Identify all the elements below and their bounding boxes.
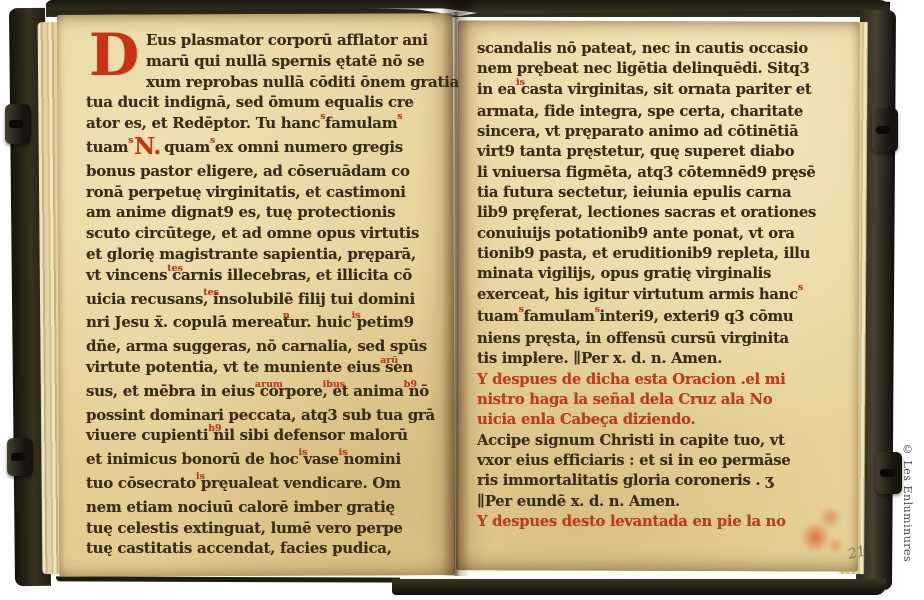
ink-text: marū qui nullā spernis ętatē nō se bbox=[146, 52, 425, 70]
binding-bottom-edge-right bbox=[392, 579, 886, 595]
manuscript-line: et glorię magistrante sapientia, pręparā… bbox=[86, 244, 452, 265]
ink-text: in ea bbox=[477, 81, 516, 98]
manuscript-line: tuams N.quams ex omni numero gregis bbox=[86, 137, 452, 161]
manuscript-line: tuams famulams interi9, exteri9 q3 cōmu bbox=[477, 307, 857, 329]
manuscript-line: virtute potentia, vt te muniente eiusarū… bbox=[86, 357, 452, 381]
paragraph-mark: ∥ bbox=[573, 350, 579, 367]
manuscript-line: et inimicus bonorū de hocis vaseis nomin… bbox=[86, 449, 452, 473]
manuscript-line: Y despues de dicha esta Oracion .el mi bbox=[477, 370, 857, 390]
ink-text: et inimicus bonorū de hoc bbox=[86, 450, 299, 468]
manuscript-line: ronā perpetuę virginitatis, et castimoni bbox=[86, 182, 452, 203]
manuscript-line: bonus pastor eligere, ad cōseruādam co bbox=[86, 161, 452, 182]
ink-text: famulam bbox=[519, 308, 595, 325]
ink-text: am anime dignat9 es, tuę protectionis bbox=[86, 203, 395, 221]
ink-text: nem prębeat nec ligētia delinquēdi. Sitq… bbox=[477, 60, 809, 77]
ink-text: dñe, arma suggeras, nō carnalia, sed spū… bbox=[86, 337, 427, 355]
manuscript-line: conuiuijs potationib9 ante ponat, vt ora bbox=[477, 224, 857, 244]
manuscript-line: uicia enla Cabeça diziendo. bbox=[477, 410, 857, 430]
ink-text: et glorię magistrante sapientia, pręparā… bbox=[86, 245, 416, 263]
ink-text: sus, et mēbra in eius bbox=[86, 382, 255, 400]
red-ink-stain bbox=[793, 498, 843, 554]
drop-cap-initial: D bbox=[86, 33, 142, 75]
ink-text: exerceat, his igitur virtutum armis hanc bbox=[477, 286, 798, 303]
clasp-top-right bbox=[872, 108, 898, 152]
manuscript-line: vxor eius efficiaris : et si in eo permā… bbox=[477, 451, 857, 471]
ink-text: tuę castitatis accendat, facies pudica, bbox=[86, 539, 392, 557]
ink-text: Per x. d. n. Amen. bbox=[581, 350, 722, 367]
ink-text: nem etiam nociuū calorē imber gratię bbox=[86, 498, 395, 516]
clasp-top-left bbox=[5, 104, 31, 144]
ink-text: petim9 bbox=[352, 313, 414, 331]
ink-text: vxor eius efficiaris : et si in eo permā… bbox=[477, 452, 790, 469]
manuscript-line: lib9 pręferat, lectiones sacras et orati… bbox=[477, 203, 857, 223]
manuscript-line: tuo cōsecratois pręualeat vendicare. Om bbox=[86, 473, 452, 497]
rubric-text: uicia enla Cabeça diziendo. bbox=[477, 411, 695, 428]
ink-text: nomini bbox=[339, 450, 401, 468]
manuscript-line: possint dominari peccata, atq3 sub tua g… bbox=[86, 405, 452, 426]
clasp-bottom-left bbox=[7, 438, 33, 476]
manuscript-line: tis implere. ∥Per x. d. n. Amen. bbox=[477, 349, 857, 369]
ink-text: nil sibi defensor malorū bbox=[208, 426, 407, 444]
ink-text: interi9, exteri9 q3 cōmu bbox=[595, 308, 794, 325]
ink-text: quam bbox=[164, 138, 210, 156]
ink-text: lib9 pręferat, lectiones sacras et orati… bbox=[477, 204, 816, 221]
ink-text: scuto circūtege, et ad omne opus virtuti… bbox=[86, 224, 419, 242]
ink-text: xum reprobas nullā cōditi ōnem gratia bbox=[146, 73, 459, 91]
manuscript-line: tionib9 pasta, et eruditionib9 repleta, … bbox=[477, 244, 857, 264]
manuscript-line: li vniuersa figmēta, atq3 cōtemnēd9 pręs… bbox=[477, 163, 857, 183]
paragraph-mark: ∥ bbox=[477, 493, 483, 510]
ink-text: Accipe signum Christi in capite tuo, vt bbox=[477, 432, 785, 449]
ink-text: Eus plasmator corporū afflator ani bbox=[146, 31, 428, 49]
red-initial: N. bbox=[134, 133, 161, 160]
manuscript-line: sincera, vt pręparato animo ad cōtinētiā bbox=[477, 122, 857, 142]
manuscript-line: nem prębeat nec ligētia delinquēdi. Sitq… bbox=[477, 59, 857, 79]
manuscript-line: viuere cupientib9 nil sibi defensor malo… bbox=[86, 425, 452, 449]
manuscript-line: vt vincenstes carnis illecebras, et illi… bbox=[86, 265, 452, 289]
ink-text: ris immortalitatis gloria coroneris . ʒ bbox=[477, 472, 773, 489]
manuscript-line: tia futura sectetur, ieiunia epulis carn… bbox=[477, 183, 857, 203]
manuscript-line: exerceat, his igitur virtutum armis hanc… bbox=[477, 285, 857, 307]
manuscript-line: nem etiam nociuū calorē imber gratię bbox=[86, 497, 452, 518]
manuscript-line: niens pręsta, in offensū cursū virginita bbox=[477, 329, 857, 349]
ink-text: virtute potentia, vt te muniente eius bbox=[86, 358, 380, 376]
ink-text: nri Jesu x̄. copulā merea bbox=[86, 313, 283, 331]
ink-text: famulam bbox=[320, 114, 397, 132]
ink-text: possint dominari peccata, atq3 sub tua g… bbox=[86, 406, 435, 424]
ink-text: tionib9 pasta, et eruditionib9 repleta, … bbox=[477, 245, 810, 262]
ink-text: casta virginitas, sit ornata pariter et bbox=[516, 81, 811, 98]
ink-text: carnis illecebras, et illicita cō bbox=[167, 266, 412, 284]
ink-text: tuam bbox=[477, 308, 519, 325]
ink-text: tuę celestis extinguat, lumē vero perpe bbox=[86, 519, 403, 537]
ink-text: tua ducit indignā, sed ōmum equalis cre bbox=[86, 93, 414, 111]
photo-credit: © Les Enluminures bbox=[901, 443, 914, 599]
manuscript-line: armata, fide integra, spe certa, charita… bbox=[477, 102, 857, 122]
ink-text: tur. huic bbox=[283, 313, 352, 331]
manuscript-line: dñe, arma suggeras, nō carnalia, sed spū… bbox=[86, 336, 452, 357]
right-page-text: scandalis nō pateat, nec in cautis occas… bbox=[477, 39, 857, 532]
ink-text: virt9 tanta pręstetur, quę superet diabo bbox=[477, 143, 794, 160]
ink-text: conuiuijs potationib9 ante ponat, vt ora bbox=[477, 225, 795, 242]
ink-text: ronā perpetuę virginitatis, et castimoni bbox=[86, 183, 406, 201]
manuscript-line: virt9 tanta pręstetur, quę superet diabo bbox=[477, 142, 857, 162]
ink-text: scandalis nō pateat, nec in cautis occas… bbox=[477, 40, 808, 57]
ink-text: li vniuersa figmēta, atq3 cōtemnēd9 pręs… bbox=[477, 164, 816, 181]
ink-text: minata vigilijs, opus gratię virginalis bbox=[477, 265, 771, 282]
manuscript-line: nri Jesu x̄. copulā mereantur. huicis pe… bbox=[86, 312, 452, 336]
manuscript-line: tuę celestis extinguat, lumē vero perpe bbox=[86, 518, 452, 539]
manuscript-line: ris immortalitatis gloria coroneris . ʒ bbox=[477, 471, 857, 491]
binding-bottom-edge-left bbox=[56, 576, 400, 582]
ink-text: pręualeat vendicare. Om bbox=[196, 474, 401, 492]
manuscript-line: am anime dignat9 es, tuę protectionis bbox=[86, 202, 452, 223]
ink-text: , insolubilē filij tui domini bbox=[203, 290, 415, 308]
manuscript-line: uicia recusanstes, insolubilē filij tui … bbox=[86, 289, 452, 313]
manuscript-line: scuto circūtege, et ad omne opus virtuti… bbox=[86, 223, 452, 244]
manuscript-photo: DEus plasmator corporū afflator animarū … bbox=[0, 0, 924, 600]
ink-text: armata, fide integra, spe certa, charita… bbox=[477, 103, 803, 120]
ink-text: ator es, et Redēptor. Tu hanc bbox=[86, 114, 320, 132]
clasp-bottom-right bbox=[876, 452, 902, 494]
manuscript-line: Accipe signum Christi in capite tuo, vt bbox=[477, 431, 857, 451]
left-page-text: DEus plasmator corporū afflator animarū … bbox=[86, 30, 452, 559]
ink-text: bonus pastor eligere, ad cōseruādam co bbox=[86, 162, 410, 180]
manuscript-line: tuę castitatis accendat, facies pudica, bbox=[86, 538, 452, 559]
ink-text: uicia recusans bbox=[86, 290, 203, 308]
rubric-text: nistro haga la señal dela Cruz ala No bbox=[477, 391, 772, 408]
ink-text: tis implere. bbox=[477, 350, 573, 367]
manuscript-line: nistro haga la señal dela Cruz ala No bbox=[477, 390, 857, 410]
ink-text: niens pręsta, in offensū cursū virginita bbox=[477, 330, 789, 347]
ink-text: sincera, vt pręparato animo ad cōtinētiā bbox=[477, 123, 798, 140]
ink-text: ex omni numero gregis bbox=[210, 138, 403, 156]
manuscript-line: sus, et mēbra in eiusarum corporeibus, e… bbox=[86, 381, 452, 405]
ink-text: tuam bbox=[86, 138, 128, 156]
rubric-text: Y despues desto levantada en pie la no bbox=[477, 513, 786, 530]
ink-text: tia futura sectetur, ieiunia epulis carn… bbox=[477, 184, 791, 201]
ink-text: Per eundē x. d. n. Amen. bbox=[485, 493, 680, 510]
ink-text: tuo cōsecrato bbox=[86, 474, 196, 492]
rubric-text: Y despues de dicha esta Oracion .el mi bbox=[477, 371, 785, 388]
ink-text: vt vincens bbox=[86, 266, 167, 284]
ink-text: viuere cupienti bbox=[86, 426, 208, 444]
manuscript-line: in eais casta virginitas, sit ornata par… bbox=[477, 80, 857, 102]
manuscript-line: scandalis nō pateat, nec in cautis occas… bbox=[477, 39, 857, 59]
